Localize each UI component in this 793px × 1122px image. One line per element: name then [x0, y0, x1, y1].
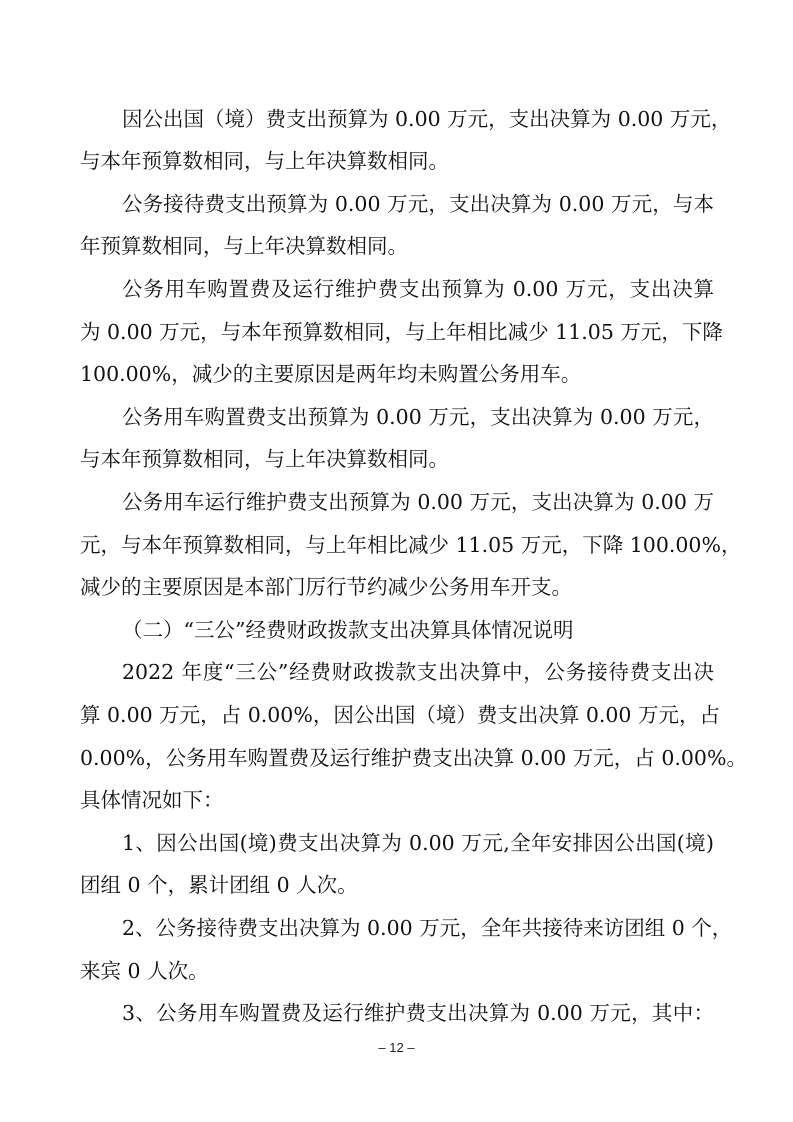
text-line: 与本年预算数相同，与上年决算数相同。 — [80, 438, 714, 481]
text-line: 1、因公出国(境)费支出决算为 0.00 万元,全年安排因公出国(境) — [80, 822, 714, 865]
text-line: 2、公务接待费支出决算为 0.00 万元，全年共接待来访团组 0 个， — [80, 907, 714, 950]
paragraph-vehicle-total-budget: 公务用车购置费及运行维护费支出预算为 0.00 万元，支出决算 为 0.00 万… — [80, 268, 714, 396]
document-body: 因公出国（境）费支出预算为 0.00 万元，支出决算为 0.00 万元， 与本年… — [80, 98, 714, 1035]
text-line: 0.00%，公务用车购置费及运行维护费支出决算 0.00 万元，占 0.00%。 — [80, 737, 714, 780]
text-line: 因公出国（境）费支出预算为 0.00 万元，支出决算为 0.00 万元， — [80, 98, 714, 141]
page-number: – 12 – — [0, 1040, 793, 1056]
paragraph-outbound-travel-budget: 因公出国（境）费支出预算为 0.00 万元，支出决算为 0.00 万元， 与本年… — [80, 98, 714, 183]
text-line: 3、公务用车购置费及运行维护费支出决算为 0.00 万元，其中： — [80, 992, 714, 1035]
list-item-vehicle: 3、公务用车购置费及运行维护费支出决算为 0.00 万元，其中： — [80, 992, 714, 1035]
heading-line: （二）“三公”经费财政拨款支出决算具体情况说明 — [80, 609, 714, 652]
paragraph-vehicle-purchase-budget: 公务用车购置费支出预算为 0.00 万元，支出决算为 0.00 万元， 与本年预… — [80, 396, 714, 481]
document-page: 因公出国（境）费支出预算为 0.00 万元，支出决算为 0.00 万元， 与本年… — [0, 0, 793, 1122]
paragraph-fiscal-summary: 2022 年度“三公”经费财政拨款支出决算中，公务接待费支出决 算 0.00 万… — [80, 651, 714, 821]
text-line: 年预算数相同，与上年决算数相同。 — [80, 225, 714, 268]
text-line: 公务接待费支出预算为 0.00 万元，支出决算为 0.00 万元，与本 — [80, 183, 714, 226]
list-item-reception: 2、公务接待费支出决算为 0.00 万元，全年共接待来访团组 0 个， 来宾 0… — [80, 907, 714, 992]
text-line: 元，与本年预算数相同，与上年相比减少 11.05 万元，下降 100.00%， — [80, 524, 714, 567]
text-line: 团组 0 个，累计团组 0 人次。 — [80, 864, 714, 907]
text-line: 公务用车购置费及运行维护费支出预算为 0.00 万元，支出决算 — [80, 268, 714, 311]
text-line: 为 0.00 万元，与本年预算数相同，与上年相比减少 11.05 万元，下降 — [80, 311, 714, 354]
text-line: 与本年预算数相同，与上年决算数相同。 — [80, 140, 714, 183]
section-heading: （二）“三公”经费财政拨款支出决算具体情况说明 — [80, 609, 714, 652]
paragraph-reception-budget: 公务接待费支出预算为 0.00 万元，支出决算为 0.00 万元，与本 年预算数… — [80, 183, 714, 268]
text-line: 算 0.00 万元，占 0.00%，因公出国（境）费支出决算 0.00 万元，占 — [80, 694, 714, 737]
text-line: 公务用车运行维护费支出预算为 0.00 万元，支出决算为 0.00 万 — [80, 481, 714, 524]
text-line: 减少的主要原因是本部门厉行节约减少公务用车开支。 — [80, 566, 714, 609]
text-line: 2022 年度“三公”经费财政拨款支出决算中，公务接待费支出决 — [80, 651, 714, 694]
paragraph-vehicle-maintenance-budget: 公务用车运行维护费支出预算为 0.00 万元，支出决算为 0.00 万 元，与本… — [80, 481, 714, 609]
text-line: 公务用车购置费支出预算为 0.00 万元，支出决算为 0.00 万元， — [80, 396, 714, 439]
list-item-outbound-travel: 1、因公出国(境)费支出决算为 0.00 万元,全年安排因公出国(境) 团组 0… — [80, 822, 714, 907]
text-line: 来宾 0 人次。 — [80, 950, 714, 993]
text-line: 具体情况如下： — [80, 779, 714, 822]
text-line: 100.00%，减少的主要原因是两年均未购置公务用车。 — [80, 353, 714, 396]
